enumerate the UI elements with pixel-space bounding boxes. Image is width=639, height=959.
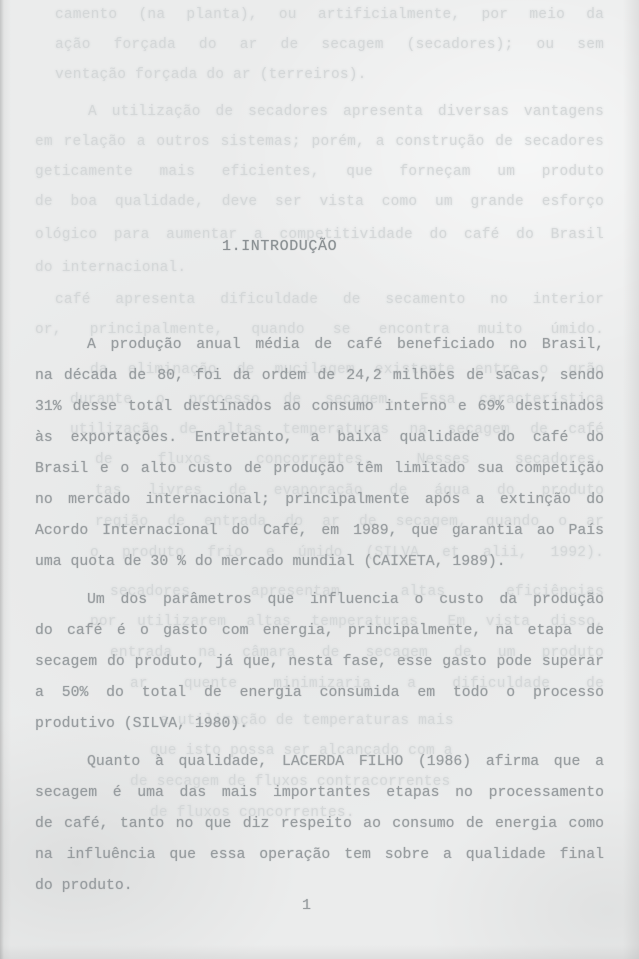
text-line: Acordo Internacional do Café, em 1989, q…	[35, 516, 604, 547]
paragraph: Quanto à qualidade, LACERDA FILHO (1986)…	[35, 747, 604, 902]
text-line: produtivo (SILVA, 1980).	[35, 709, 604, 740]
text-line: na influência que essa operação tem sobr…	[35, 840, 604, 871]
document-body: A produção anual média de café beneficia…	[35, 330, 604, 902]
text-line: secagem do produto, já que, nesta fase, …	[35, 647, 604, 678]
bleedthrough-line: do internacional.	[35, 258, 186, 278]
paragraph: Um dos parâmetros que influencia o custo…	[35, 585, 604, 740]
text-line: a 50% do total de energia consumida em t…	[35, 678, 604, 709]
bleedthrough-line: camento (na planta), ou artificialmente,…	[55, 5, 604, 25]
text-line: no mercado internacional; principalmente…	[35, 485, 604, 516]
text-line: Um dos parâmetros que influencia o custo…	[35, 585, 604, 616]
bleedthrough-line: ventação forçada do ar (terreiros).	[55, 65, 367, 85]
text-line: secagem é uma das mais importantes etapa…	[35, 778, 604, 809]
text-line: 31% desse total destinados ao consumo in…	[35, 392, 604, 423]
text-line: às exportações. Entretanto, a baixa qual…	[35, 423, 604, 454]
bleedthrough-line: em relação a outros sistemas; porém, a c…	[35, 132, 604, 152]
text-line: Brasil e o alto custo de produção têm li…	[35, 454, 604, 485]
text-line: do café é o gasto com energia, principal…	[35, 616, 604, 647]
bleedthrough-line: A utilização de secadores apresenta dive…	[88, 102, 604, 122]
text-line: de café, tanto no que diz respeito ao co…	[35, 809, 604, 840]
bleedthrough-line: de boa qualidade, deve ser vista como um…	[35, 192, 604, 212]
bleedthrough-line: café apresenta dificuldade de secamento …	[55, 290, 604, 310]
text-line: A produção anual média de café beneficia…	[35, 330, 604, 361]
text-line: na década de 80, foi da ordem de 24,2 mi…	[35, 361, 604, 392]
scanned-document-page: camento (na planta), ou artificialmente,…	[0, 0, 639, 959]
page-number: 1	[302, 897, 311, 914]
paragraph: A produção anual média de café beneficia…	[35, 330, 604, 578]
section-heading: 1.INTRODUÇÃO	[222, 238, 337, 255]
bleedthrough-line: geticamente mais eficientes, que forneça…	[35, 162, 604, 182]
text-line: Quanto à qualidade, LACERDA FILHO (1986)…	[35, 747, 604, 778]
text-line: uma quota de 30 % do mercado mundial (CA…	[35, 547, 604, 578]
bleedthrough-line: ação forçada do ar de secagem (secadores…	[55, 35, 604, 55]
text-line: do produto.	[35, 871, 604, 902]
